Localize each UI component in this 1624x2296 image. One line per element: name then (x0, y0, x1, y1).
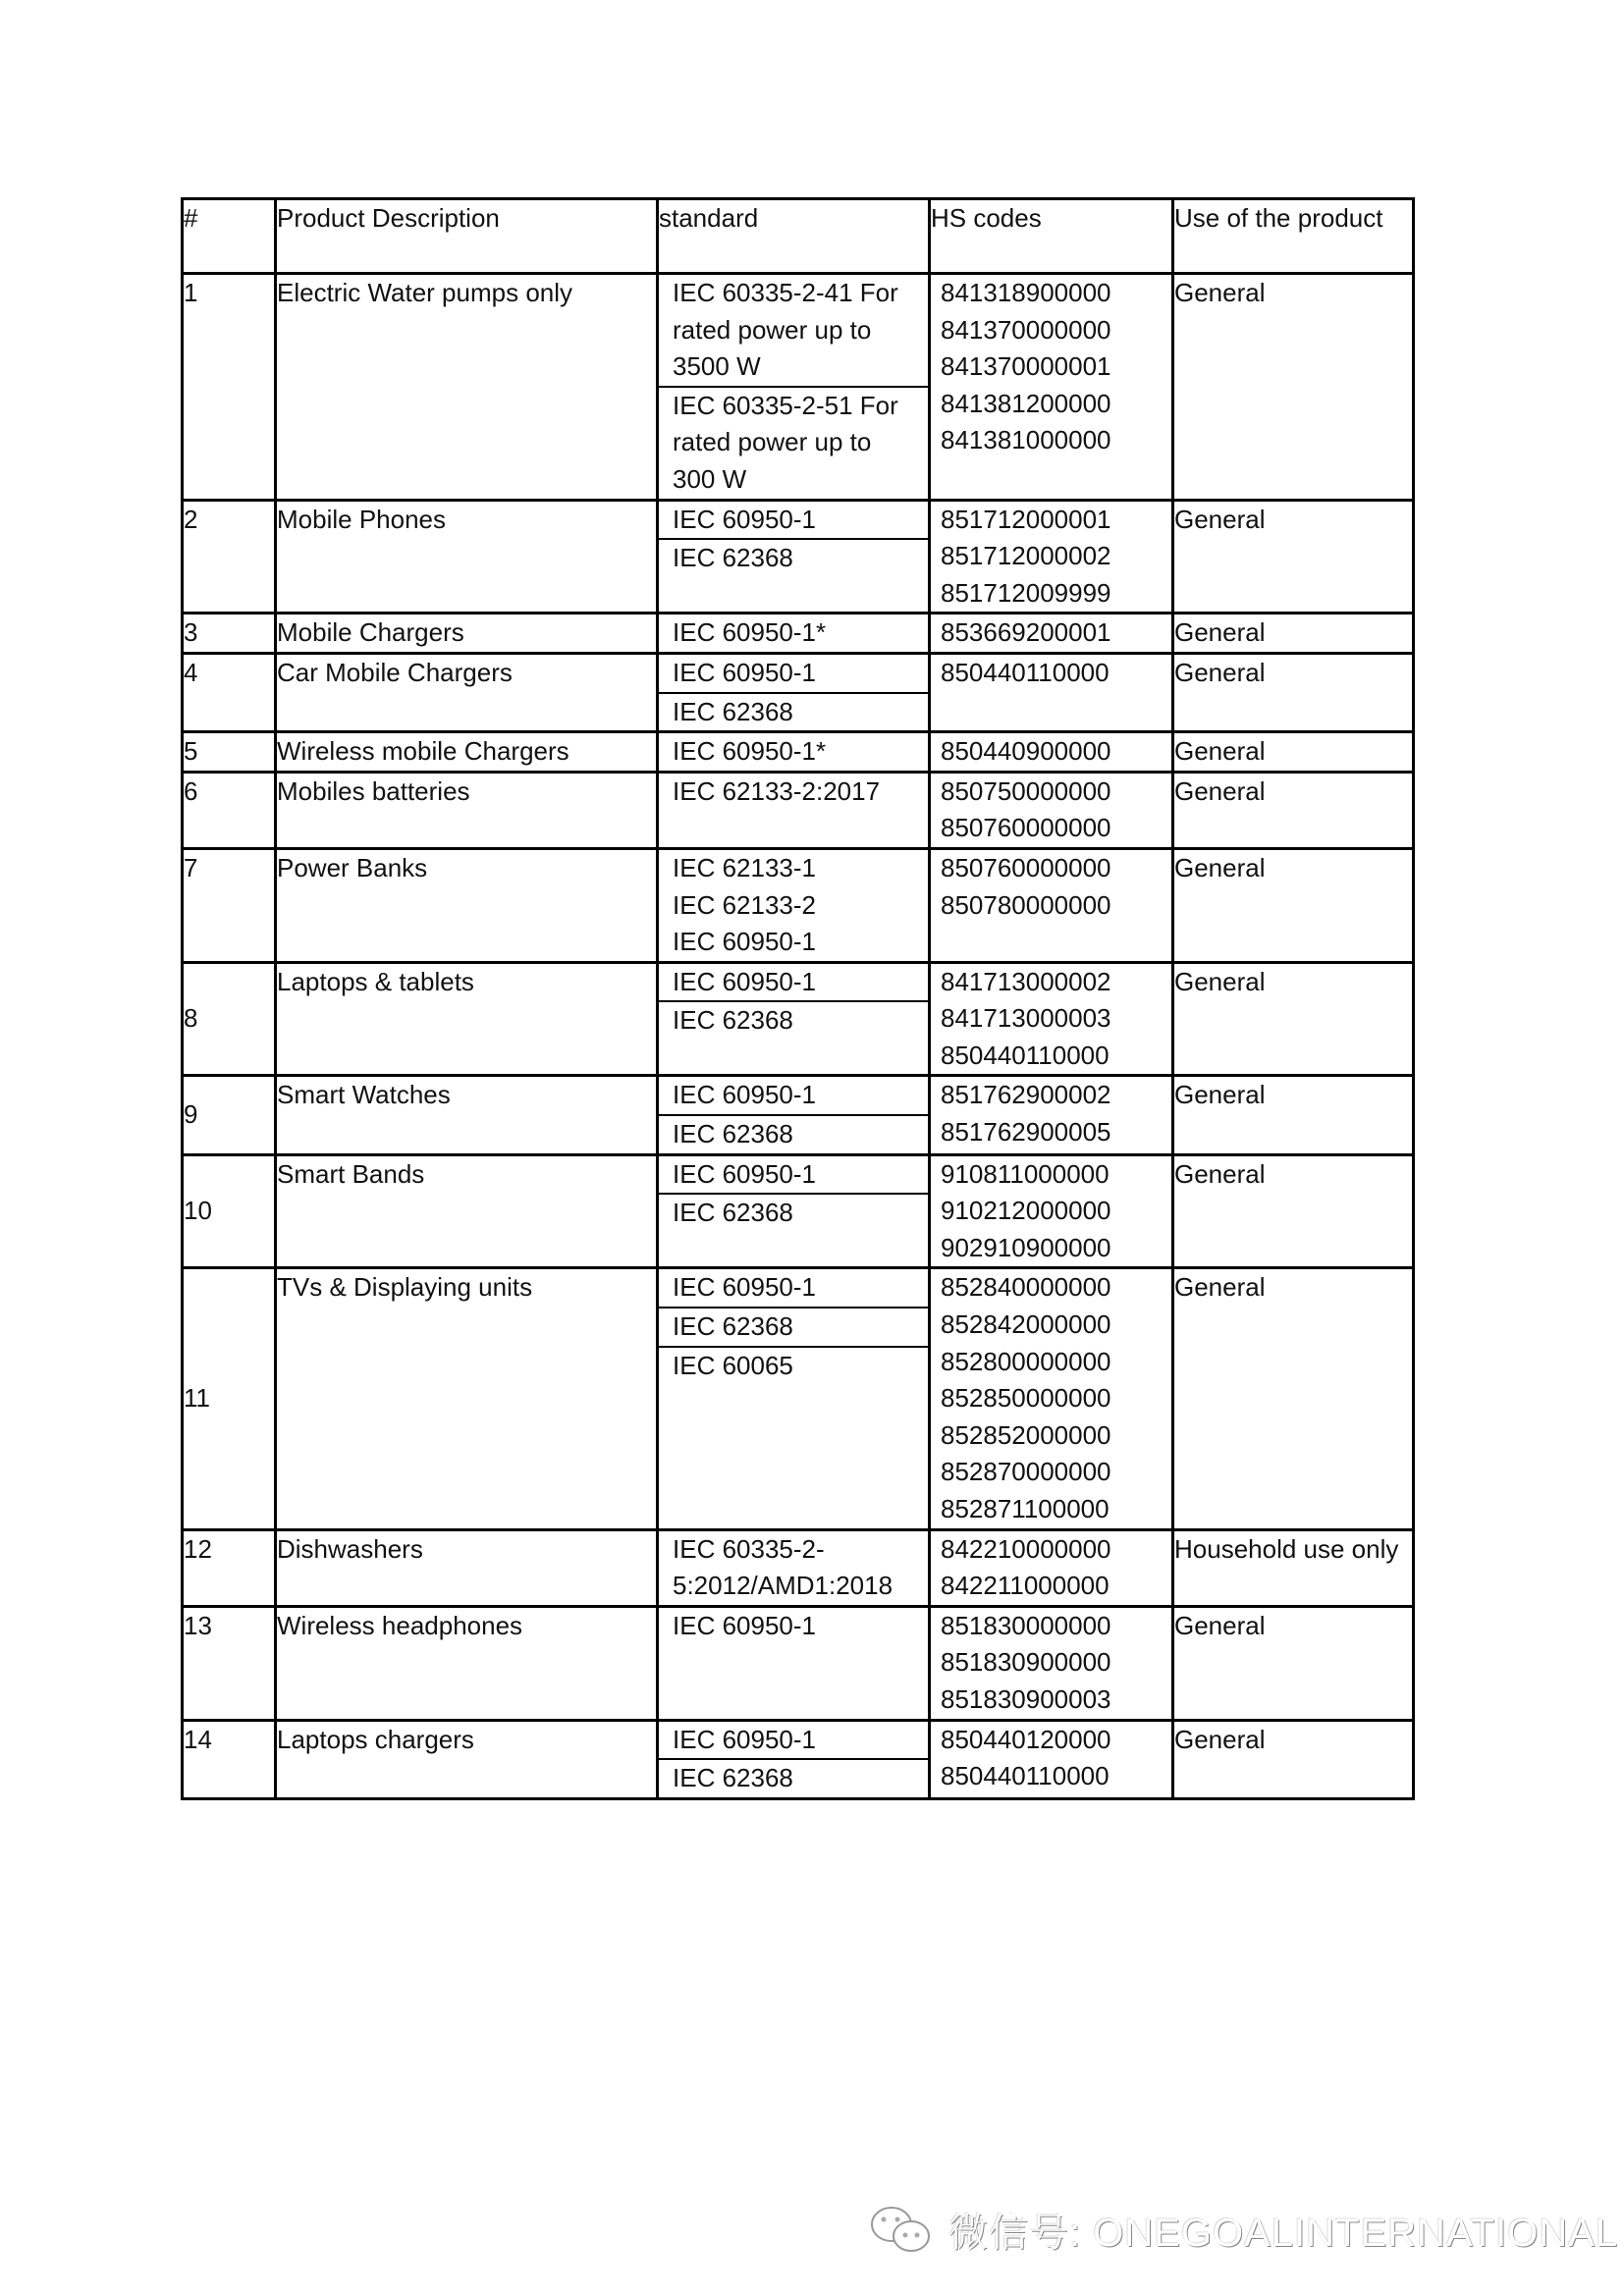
row-number: 8 (183, 962, 276, 1076)
table-row: 2Mobile PhonesIEC 60950-1IEC 62368851712… (183, 500, 1414, 614)
product-description: Mobile Chargers (276, 614, 658, 654)
table-row: 9Smart WatchesIEC 60950-1IEC 62368851762… (183, 1076, 1414, 1154)
product-description: Smart Bands (276, 1154, 658, 1268)
standard-entry: IEC 60950-1 (659, 655, 928, 692)
product-description: Car Mobile Chargers (276, 653, 658, 731)
row-number: 13 (183, 1606, 276, 1720)
hs-code: 841318900000 (941, 275, 1171, 312)
hs-code: 851712000002 (941, 538, 1171, 575)
table-row: 8Laptops & tabletsIEC 60950-1IEC 6236884… (183, 962, 1414, 1076)
header-standard: standard (658, 199, 930, 274)
hs-code: 850440110000 (941, 1758, 1171, 1795)
standards-cell: IEC 62133-2:2017 (658, 772, 930, 848)
watermark: 微信号: ONEGOALINTERNATIONAL (868, 2202, 1618, 2258)
product-standards-table: # Product Description standard HS codes … (181, 197, 1415, 1800)
product-description: Wireless mobile Chargers (276, 732, 658, 773)
hs-codes-cell: 851712000001851712000002851712009999 (930, 500, 1173, 614)
hs-codes-cell: 8413189000008413700000008413700000018413… (930, 274, 1173, 501)
product-description: Laptops chargers (276, 1720, 658, 1798)
hs-code: 851830900000 (941, 1644, 1171, 1682)
standard-entry: IEC 60335-2-5:2012/AMD1:2018 (659, 1531, 928, 1605)
standard-entry: IEC 62368 (659, 1758, 928, 1797)
hs-codes-cell: 850440110000 (930, 653, 1173, 731)
product-use: General (1173, 1268, 1414, 1529)
hs-code: 850780000000 (941, 887, 1171, 925)
table-row: 1Electric Water pumps onlyIEC 60335-2-41… (183, 274, 1414, 501)
product-use: General (1173, 1154, 1414, 1268)
standards-cell: IEC 60950-1* (658, 614, 930, 654)
hs-code: 852850000000 (941, 1380, 1171, 1417)
standards-cell: IEC 62133-1 IEC 62133-2 IEC 60950-1 (658, 848, 930, 962)
standards-cell: IEC 60950-1IEC 62368 (658, 1154, 930, 1268)
row-number: 5 (183, 732, 276, 773)
standards-cell: IEC 60950-1IEC 62368 (658, 1720, 930, 1798)
row-number: 9 (183, 1076, 276, 1154)
standards-cell: IEC 60950-1IEC 62368 (658, 653, 930, 731)
hs-code: 852800000000 (941, 1344, 1171, 1381)
table-row: 11TVs & Displaying unitsIEC 60950-1IEC 6… (183, 1268, 1414, 1529)
hs-code: 851712009999 (941, 575, 1171, 613)
header-use: Use of the product (1173, 199, 1414, 274)
hs-code: 851762900005 (941, 1114, 1171, 1151)
standards-cell: IEC 60335-2-41 For rated power up to 350… (658, 274, 930, 501)
product-use: General (1173, 1606, 1414, 1720)
row-number: 14 (183, 1720, 276, 1798)
standard-entry: IEC 60950-1 (659, 502, 928, 539)
table-row: 13Wireless headphonesIEC 60950-185183000… (183, 1606, 1414, 1720)
hs-code: 841370000001 (941, 348, 1171, 386)
product-description: Dishwashers (276, 1529, 658, 1606)
standard-entry: IEC 60950-1 (659, 1722, 928, 1759)
standard-entry: IEC 62368 (659, 1307, 928, 1346)
standard-entry: IEC 60335-2-41 For rated power up to 350… (659, 275, 928, 386)
hs-codes-cell: 8528400000008528420000008528000000008528… (930, 1268, 1173, 1529)
product-use: General (1173, 962, 1414, 1076)
table-row: 5Wireless mobile ChargersIEC 60950-1*850… (183, 732, 1414, 773)
hs-code: 850760000000 (941, 850, 1171, 887)
row-number: 11 (183, 1268, 276, 1529)
standard-entry: IEC 62368 (659, 1000, 928, 1040)
hs-codes-cell: 853669200001 (930, 614, 1173, 654)
hs-codes-cell: 850760000000850780000000 (930, 848, 1173, 962)
product-description: Electric Water pumps only (276, 274, 658, 501)
table-row: 4Car Mobile ChargersIEC 60950-1IEC 62368… (183, 653, 1414, 731)
standards-cell: IEC 60950-1IEC 62368 (658, 962, 930, 1076)
hs-code: 851762900002 (941, 1077, 1171, 1114)
row-number: 12 (183, 1529, 276, 1606)
row-number: 7 (183, 848, 276, 962)
hs-codes-cell: 850440900000 (930, 732, 1173, 773)
hs-code: 853669200001 (941, 614, 1171, 652)
table-row: 14Laptops chargersIEC 60950-1IEC 6236885… (183, 1720, 1414, 1798)
hs-code: 842211000000 (941, 1568, 1171, 1605)
product-use: General (1173, 772, 1414, 848)
table-row: 12DishwashersIEC 60335-2-5:2012/AMD1:201… (183, 1529, 1414, 1606)
table-row: 6Mobiles batteriesIEC 62133-2:2017850750… (183, 772, 1414, 848)
hs-code: 850440120000 (941, 1722, 1171, 1759)
product-use: General (1173, 848, 1414, 962)
standards-cell: IEC 60950-1* (658, 732, 930, 773)
hs-codes-cell: 851762900002851762900005 (930, 1076, 1173, 1154)
hs-code: 852842000000 (941, 1307, 1171, 1344)
hs-codes-cell: 850750000000850760000000 (930, 772, 1173, 848)
product-description: TVs & Displaying units (276, 1268, 658, 1529)
product-description: Mobiles batteries (276, 772, 658, 848)
hs-code: 910811000000 (941, 1156, 1171, 1194)
row-number: 1 (183, 274, 276, 501)
standard-entry: IEC 62368 (659, 1114, 928, 1153)
hs-code: 910212000000 (941, 1193, 1171, 1230)
product-use: General (1173, 500, 1414, 614)
table-header-row: # Product Description standard HS codes … (183, 199, 1414, 274)
standard-entry: IEC 60335-2-51 For rated power up to 300… (659, 386, 928, 499)
hs-code: 841713000003 (941, 1000, 1171, 1038)
table-row: 10Smart BandsIEC 60950-1IEC 623689108110… (183, 1154, 1414, 1268)
table-row: 7Power BanksIEC 62133-1 IEC 62133-2 IEC … (183, 848, 1414, 962)
wechat-icon (868, 2203, 937, 2258)
row-number: 2 (183, 500, 276, 614)
hs-code: 851712000001 (941, 502, 1171, 539)
product-description: Smart Watches (276, 1076, 658, 1154)
standards-cell: IEC 60950-1 (658, 1606, 930, 1720)
hs-code: 841713000002 (941, 964, 1171, 1001)
standard-entry: IEC 62368 (659, 538, 928, 577)
hs-code: 850750000000 (941, 774, 1171, 811)
hs-codes-cell: 910811000000910212000000902910900000 (930, 1154, 1173, 1268)
product-use: Household use only (1173, 1529, 1414, 1606)
product-description: Wireless headphones (276, 1606, 658, 1720)
standard-entry: IEC 60950-1 (659, 1269, 928, 1307)
hs-code: 852870000000 (941, 1454, 1171, 1491)
hs-codes-cell: 842210000000842211000000 (930, 1529, 1173, 1606)
hs-code: 902910900000 (941, 1230, 1171, 1267)
product-use: General (1173, 1720, 1414, 1798)
product-use: General (1173, 1076, 1414, 1154)
header-number: # (183, 199, 276, 274)
standards-cell: IEC 60950-1IEC 62368 (658, 1076, 930, 1154)
standard-entry: IEC 60950-1 (659, 1156, 928, 1194)
hs-code: 852840000000 (941, 1269, 1171, 1307)
hs-code: 841381000000 (941, 422, 1171, 459)
hs-code: 850440900000 (941, 733, 1171, 771)
table-row: 3Mobile ChargersIEC 60950-1*853669200001… (183, 614, 1414, 654)
hs-codes-cell: 851830000000851830900000851830900003 (930, 1606, 1173, 1720)
product-use: General (1173, 653, 1414, 731)
hs-code: 852852000000 (941, 1417, 1171, 1455)
hs-code: 841370000000 (941, 312, 1171, 349)
standards-cell: IEC 60950-1IEC 62368IEC 60065 (658, 1268, 930, 1529)
standard-entry: IEC 60950-1* (659, 733, 928, 771)
standard-entry: IEC 60950-1 (659, 964, 928, 1001)
standard-entry: IEC 62133-2:2017 (659, 774, 928, 811)
hs-code: 850440110000 (941, 1038, 1171, 1075)
row-number: 10 (183, 1154, 276, 1268)
watermark-text: 微信号: ONEGOALINTERNATIONAL (948, 2202, 1618, 2258)
product-description: Laptops & tablets (276, 962, 658, 1076)
standard-entry: IEC 60950-1 (659, 1608, 928, 1645)
standard-entry: IEC 60950-1* (659, 614, 928, 652)
standard-entry: IEC 60950-1 (659, 1077, 928, 1114)
hs-code: 852871100000 (941, 1491, 1171, 1528)
row-number: 6 (183, 772, 276, 848)
hs-code: 850440110000 (941, 655, 1171, 692)
hs-code: 850760000000 (941, 810, 1171, 847)
hs-code: 851830000000 (941, 1608, 1171, 1645)
standard-entry: IEC 62133-1 IEC 62133-2 IEC 60950-1 (659, 850, 928, 961)
hs-code: 841381200000 (941, 386, 1171, 423)
product-use: General (1173, 274, 1414, 501)
product-description: Mobile Phones (276, 500, 658, 614)
product-use: General (1173, 614, 1414, 654)
header-hs-codes: HS codes (930, 199, 1173, 274)
row-number: 3 (183, 614, 276, 654)
hs-codes-cell: 850440120000850440110000 (930, 1720, 1173, 1798)
hs-codes-cell: 841713000002841713000003850440110000 (930, 962, 1173, 1076)
standards-cell: IEC 60335-2-5:2012/AMD1:2018 (658, 1529, 930, 1606)
standard-entry: IEC 60065 (659, 1346, 928, 1385)
standard-entry: IEC 62368 (659, 692, 928, 731)
hs-code: 851830900003 (941, 1682, 1171, 1719)
product-use: General (1173, 732, 1414, 773)
hs-code: 842210000000 (941, 1531, 1171, 1569)
product-description: Power Banks (276, 848, 658, 962)
standard-entry: IEC 62368 (659, 1193, 928, 1232)
header-product-description: Product Description (276, 199, 658, 274)
standards-cell: IEC 60950-1IEC 62368 (658, 500, 930, 614)
row-number: 4 (183, 653, 276, 731)
